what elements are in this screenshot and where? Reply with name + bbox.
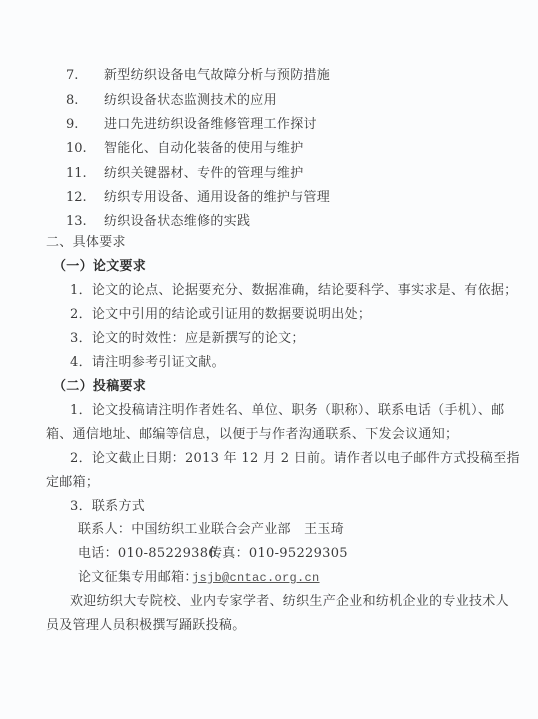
- topic-number: 13.: [66, 214, 87, 230]
- submission-item-1: 1．论文投稿请注明作者姓名、单位、职务（职称）、联系电话（手机）、邮: [70, 403, 504, 419]
- submission-item-2-cont: 定邮箱；: [46, 475, 99, 491]
- topic-number: 12.: [66, 190, 87, 206]
- topic-text: 智能化、自动化装备的使用与维护: [104, 141, 304, 157]
- topic-number: 8.: [66, 93, 78, 109]
- topic-text: 纺织设备状态维修的实践: [104, 214, 250, 230]
- topic-text: 纺织设备状态监测技术的应用: [104, 93, 277, 109]
- email-label: 论文征集专用邮箱：: [78, 570, 198, 586]
- closing-paragraph-cont: 员及管理人员积极撰写踊跃投稿。: [46, 618, 246, 634]
- requirement-item: 1．论文的论点、论据要充分、数据准确，结论要科学、事实求是、有依据；: [70, 283, 517, 299]
- requirement-item: 3．论文的时效性：应是新撰写的论文；: [70, 331, 305, 347]
- submission-item-3: 3．联系方式: [70, 499, 145, 515]
- requirement-item: 4．请注明参考引证文献。: [70, 355, 225, 371]
- submission-item-2: 2．论文截止日期：2013 年 12 月 2 日前。请作者以电子邮件方式投稿至指: [70, 451, 520, 467]
- topic-text: 新型纺织设备电气故障分析与预防措施: [104, 68, 330, 84]
- contact-person: 联系人：中国纺织工业联合会产业部 王玉琦: [78, 522, 344, 538]
- topic-number: 11.: [66, 166, 87, 182]
- section-heading: 二、具体要求: [46, 235, 126, 251]
- email-link[interactable]: jsjb@cntac.org.cn: [192, 570, 320, 586]
- topic-text: 进口先进纺织设备维修管理工作探讨: [104, 117, 317, 133]
- contact-phone: 电话：010-85229386: [78, 546, 217, 562]
- topic-number: 9.: [66, 117, 78, 133]
- topic-number: 7.: [66, 68, 78, 84]
- topic-text: 纺织关键器材、专件的管理与维护: [104, 166, 304, 182]
- document-page: 7. 新型纺织设备电气故障分析与预防措施 8. 纺织设备状态监测技术的应用 9.…: [0, 0, 538, 719]
- topic-number: 10.: [66, 141, 87, 157]
- closing-paragraph: 欢迎纺织大专院校、业内专家学者、纺织生产企业和纺机企业的专业技术人: [70, 594, 509, 610]
- topic-text: 纺织专用设备、通用设备的维护与管理: [104, 190, 330, 206]
- submission-item-1-cont: 箱、通信地址、邮编等信息，以便于与作者沟通联系、下发会议通知；: [46, 427, 458, 443]
- subsection-heading-paper: （一）论文要求: [53, 259, 146, 275]
- contact-fax: 传真：010-95229305: [209, 546, 348, 562]
- subsection-heading-submission: （二）投稿要求: [53, 379, 146, 395]
- requirement-item: 2．论文中引用的结论或引证用的数据要说明出处；: [70, 307, 371, 323]
